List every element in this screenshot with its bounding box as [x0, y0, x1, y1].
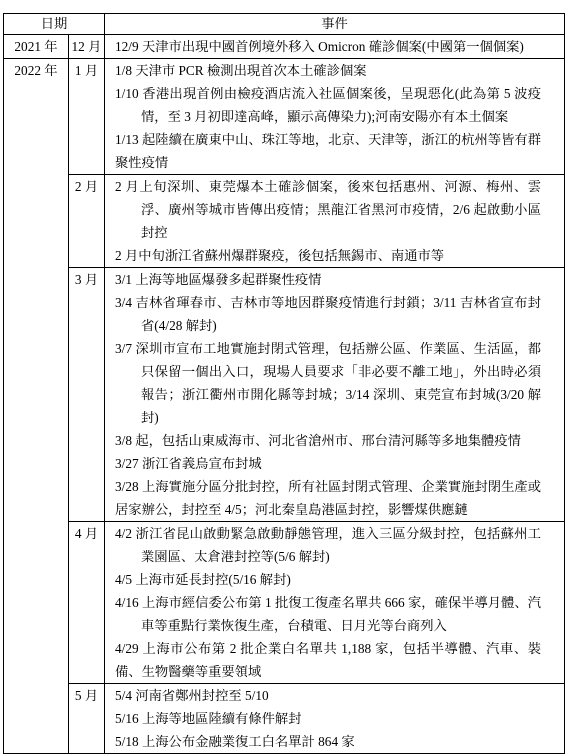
event-cell: 1/8 天津市 PCR 檢測出現首次本土確診個案1/10 香港出現首例由檢疫酒店…	[105, 59, 565, 175]
event-item: 3/8 起，包括山東威海市、河北省滄州市、邢台清河縣等多地集體疫情	[115, 429, 541, 452]
event-item: 5/4 河南省鄭州封控至 5/10	[115, 684, 541, 707]
event-cell: 12/9 天津市出現中國首例境外移入 Omicron 確診個案(中國第一個個案)	[105, 35, 565, 59]
event-item: 3/1 上海等地區爆發多起群聚性疫情	[115, 268, 541, 291]
event-item: 1/13 起陸續在廣東中山、珠江等地，北京、天津等，浙江的杭州等皆有群聚性疫情	[115, 128, 541, 174]
month-cell: 5 月	[69, 684, 105, 754]
year-cell: 2021 年	[4, 35, 69, 59]
year-cell: 2022 年	[4, 59, 69, 754]
timeline-table: 日期 事件 2021 年12 月12/9 天津市出現中國首例境外移入 Omicr…	[3, 13, 565, 754]
timeline-row: 5 月5/4 河南省鄭州封控至 5/105/16 上海等地區陸續有條件解封5/1…	[4, 684, 565, 754]
document-page: 日期 事件 2021 年12 月12/9 天津市出現中國首例境外移入 Omicr…	[0, 0, 567, 755]
month-cell: 4 月	[69, 522, 105, 684]
event-cell: 2 月上旬深圳、東莞爆本土確診個案，後來包括惠州、河源、梅州、雲浮、廣州等城市皆…	[105, 175, 565, 268]
event-item: 3/7 深圳市宣布工地實施封閉式管理，包括辦公區、作業區、生活區，都只保留一個出…	[115, 337, 541, 429]
month-cell: 3 月	[69, 268, 105, 522]
event-item: 3/28 上海實施分區分批封控，所有社區封閉式管理、企業實施封閉生產或居家辦公，…	[115, 475, 541, 521]
event-item: 4/5 上海市延長封控(5/16 解封)	[115, 568, 541, 591]
timeline-body: 2021 年12 月12/9 天津市出現中國首例境外移入 Omicron 確診個…	[4, 35, 565, 754]
event-item: 5/16 上海等地區陸續有條件解封	[115, 707, 541, 730]
event-item: 4/2 浙江省昆山啟動緊急啟動靜態管理，進入三區分級封控，包括蘇州工業園區、太倉…	[115, 522, 541, 568]
timeline-row: 3 月3/1 上海等地區爆發多起群聚性疫情3/4 吉林省琿春市、吉林市等地因群聚…	[4, 268, 565, 522]
event-cell: 4/2 浙江省昆山啟動緊急啟動靜態管理，進入三區分級封控，包括蘇州工業園區、太倉…	[105, 522, 565, 684]
event-item: 1/8 天津市 PCR 檢測出現首次本土確診個案	[115, 59, 541, 82]
timeline-row: 2021 年12 月12/9 天津市出現中國首例境外移入 Omicron 確診個…	[4, 35, 565, 59]
month-cell: 2 月	[69, 175, 105, 268]
timeline-row: 2 月2 月上旬深圳、東莞爆本土確診個案，後來包括惠州、河源、梅州、雲浮、廣州等…	[4, 175, 565, 268]
event-cell: 3/1 上海等地區爆發多起群聚性疫情3/4 吉林省琿春市、吉林市等地因群聚疫情進…	[105, 268, 565, 522]
header-row: 日期 事件	[4, 14, 565, 35]
event-item: 4/16 上海市經信委公布第 1 批復工復產名單共 666 家，確保半導月體、汽…	[115, 591, 541, 637]
month-cell: 1 月	[69, 59, 105, 175]
event-cell: 5/4 河南省鄭州封控至 5/105/16 上海等地區陸續有條件解封5/18 上…	[105, 684, 565, 754]
month-cell: 12 月	[69, 35, 105, 59]
event-item: 12/9 天津市出現中國首例境外移入 Omicron 確診個案(中國第一個個案)	[115, 35, 541, 58]
timeline-row: 2022 年1 月1/8 天津市 PCR 檢測出現首次本土確診個案1/10 香港…	[4, 59, 565, 175]
timeline-row: 4 月4/2 浙江省昆山啟動緊急啟動靜態管理，進入三區分級封控，包括蘇州工業園區…	[4, 522, 565, 684]
event-item: 4/29 上海市公布第 2 批企業白名單共 1,188 家，包括半導體、汽車、裝…	[115, 637, 541, 683]
event-item: 3/27 浙江省義烏宣布封城	[115, 452, 541, 475]
event-item: 3/4 吉林省琿春市、吉林市等地因群聚疫情進行封鎖；3/11 吉林省宣布封省(4…	[115, 291, 541, 337]
event-item: 2 月中旬浙江省蘇州爆群聚疫，後包括無錫市、南通市等	[115, 244, 541, 267]
header-event: 事件	[105, 14, 565, 35]
event-item: 5/18 上海公布金融業復工白名單計 864 家	[115, 730, 541, 753]
event-item: 2 月上旬深圳、東莞爆本土確診個案，後來包括惠州、河源、梅州、雲浮、廣州等城市皆…	[115, 175, 541, 244]
event-item: 1/10 香港出現首例由檢疫酒店流入社區個案後，呈現惡化(此為第 5 波疫情，至…	[115, 82, 541, 128]
header-date: 日期	[4, 14, 105, 35]
